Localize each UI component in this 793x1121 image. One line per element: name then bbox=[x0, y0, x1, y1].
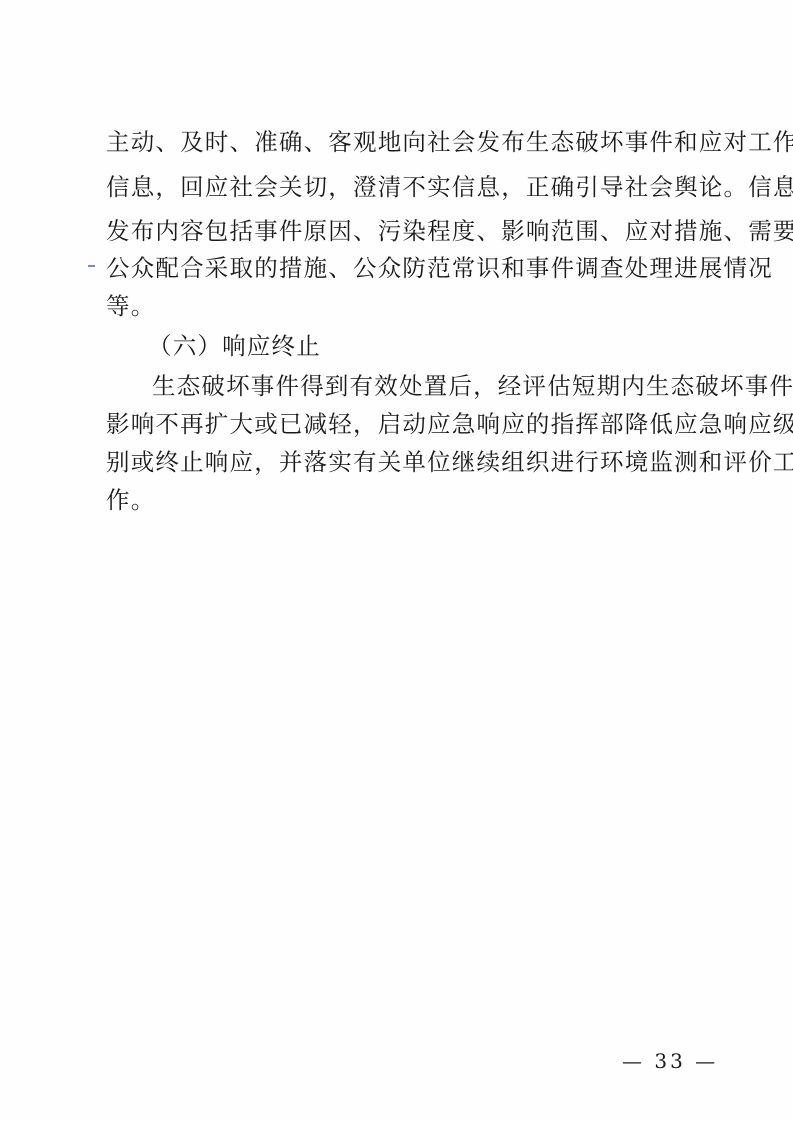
paragraph-line: 主动、及时、准确、客观地向社会发布生态破坏事件和应对工作 bbox=[106, 127, 793, 157]
section-heading: （六）响应终止 bbox=[148, 331, 321, 361]
paragraph-line: 影响不再扩大或已减轻，启动应急响应的指挥部降低应急响应级 bbox=[106, 409, 793, 439]
paragraph-line: 信息，回应社会关切，澄清不实信息，正确引导社会舆论。信息 bbox=[106, 172, 793, 202]
paragraph-line: 作。 bbox=[106, 485, 155, 515]
paragraph-line: 等。 bbox=[106, 291, 155, 321]
paragraph-line: 生态破坏事件得到有效处置后，经评估短期内生态破坏事件 bbox=[152, 371, 793, 401]
scan-margin-mark bbox=[88, 265, 95, 267]
paragraph-line: 公众配合采取的措施、公众防范常识和事件调查处理进展情况 bbox=[106, 253, 773, 283]
paragraph-line: 别或终止响应，并落实有关单位继续组织进行环境监测和评价工 bbox=[106, 447, 793, 477]
document-page: 主动、及时、准确、客观地向社会发布生态破坏事件和应对工作 信息，回应社会关切，澄… bbox=[0, 0, 793, 1121]
page-number: — 33 — bbox=[622, 1049, 718, 1073]
paragraph-line: 发布内容包括事件原因、污染程度、影响范围、应对措施、需要 bbox=[106, 216, 793, 246]
